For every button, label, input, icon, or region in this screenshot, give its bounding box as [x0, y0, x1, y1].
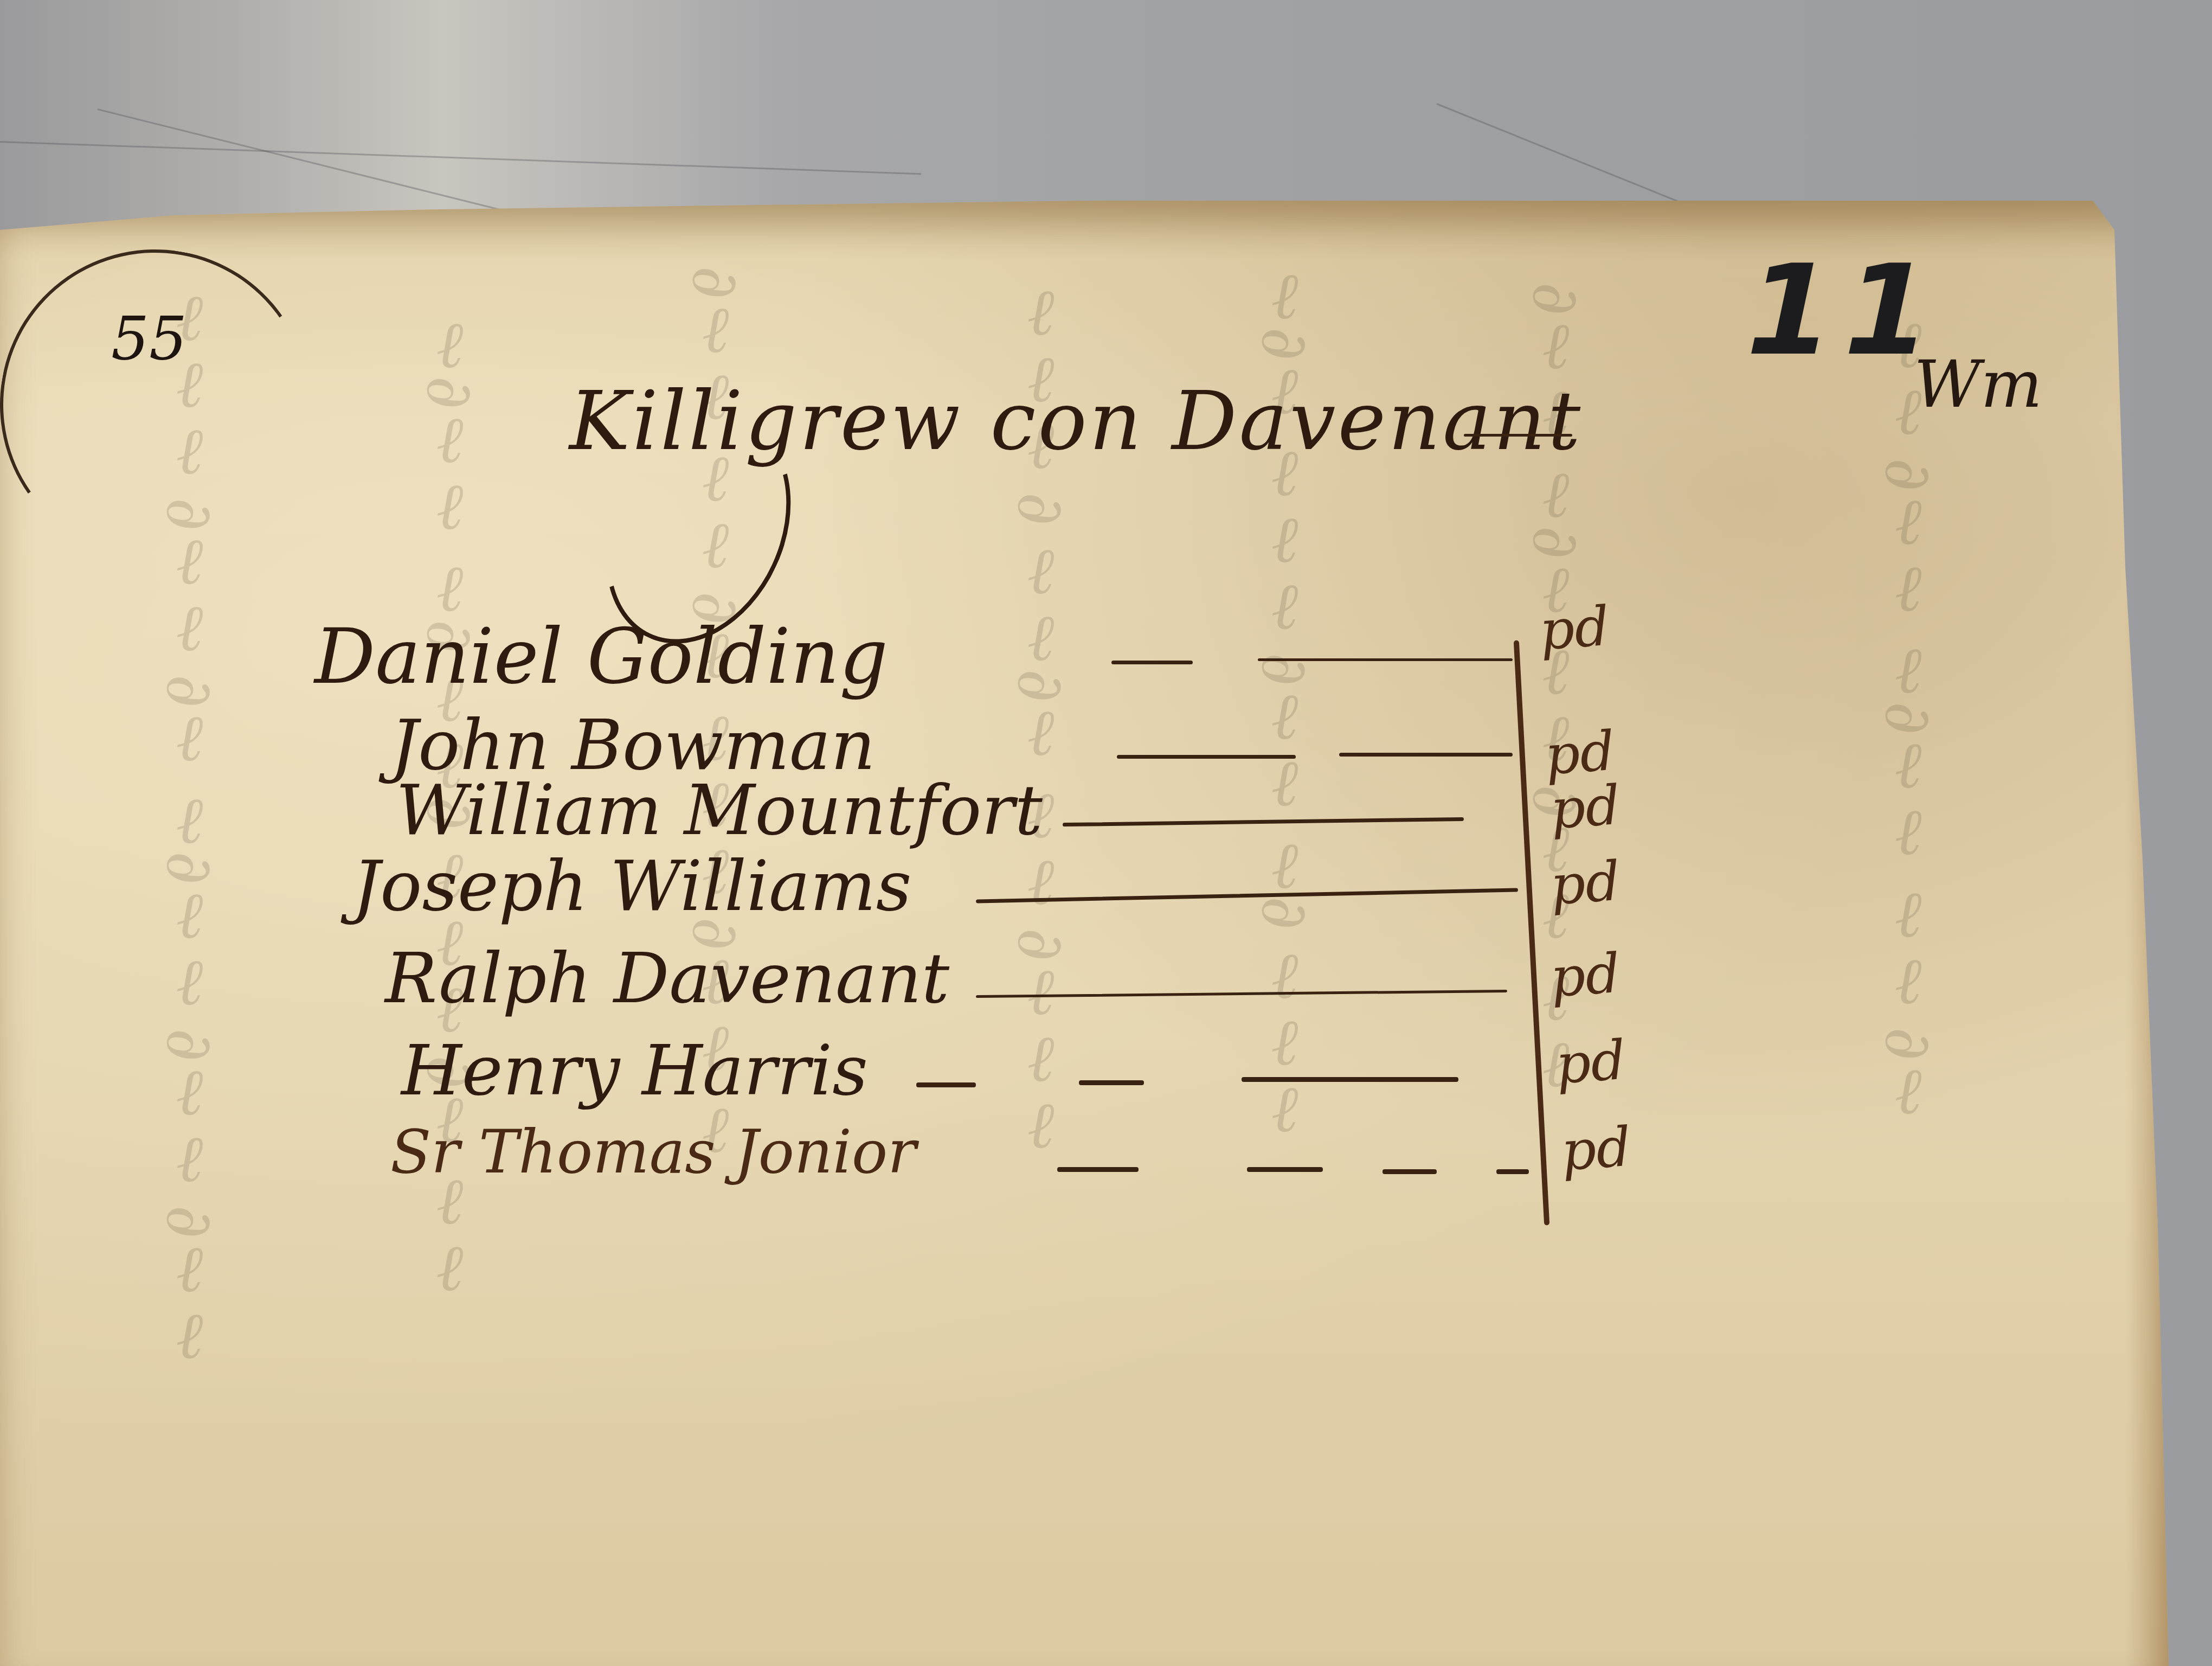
list-item: Sr Thomas Jonior pd [0, 1117, 2212, 1199]
paid-mark: pd [1548, 773, 1622, 842]
corner-signature: Wm [1914, 347, 2042, 422]
leader-line [1247, 1167, 1323, 1172]
paid-mark: pd [1554, 1028, 1628, 1097]
leader-line [976, 888, 1518, 904]
leader-line [1117, 755, 1296, 759]
list-item: Henry Harris pd [0, 1030, 2212, 1112]
leader-line [1079, 1080, 1144, 1085]
entry-name: Daniel Golding [314, 613, 888, 701]
leader-line [916, 1082, 976, 1087]
leader-line [1242, 1077, 1458, 1082]
paid-mark: pd [1548, 941, 1622, 1010]
paid-mark: pd [1548, 849, 1622, 918]
leader-line [1111, 661, 1193, 664]
list-item: Joseph Williams pd [0, 846, 2212, 927]
leader-line [1258, 658, 1513, 661]
surface-scratch [0, 141, 921, 175]
entry-name: William Mountfort [396, 770, 1043, 851]
leader-line [976, 990, 1507, 998]
list-item: William Mountfort pd [0, 770, 2212, 851]
paid-mark: pd [1559, 1115, 1633, 1183]
folio-number: 55 [111, 304, 187, 373]
leader-line [1063, 817, 1464, 826]
leader-line [1382, 1169, 1437, 1174]
leader-line [1496, 1169, 1529, 1174]
entry-name: Joseph Williams [352, 846, 911, 927]
entry-name: Sr Thomas Jonior [390, 1117, 916, 1187]
list-item: Daniel Golding pd [0, 613, 2212, 694]
paper-edge [2125, 201, 2169, 1666]
entry-name: Ralph Davenant [385, 938, 949, 1019]
paid-mark: pd [1538, 594, 1611, 663]
entry-name: Henry Harris [401, 1030, 868, 1111]
leader-line [1057, 1167, 1139, 1172]
list-item: Ralph Davenant pd [0, 938, 2212, 1020]
title-underline [1464, 434, 1572, 437]
leader-line [1339, 753, 1513, 757]
